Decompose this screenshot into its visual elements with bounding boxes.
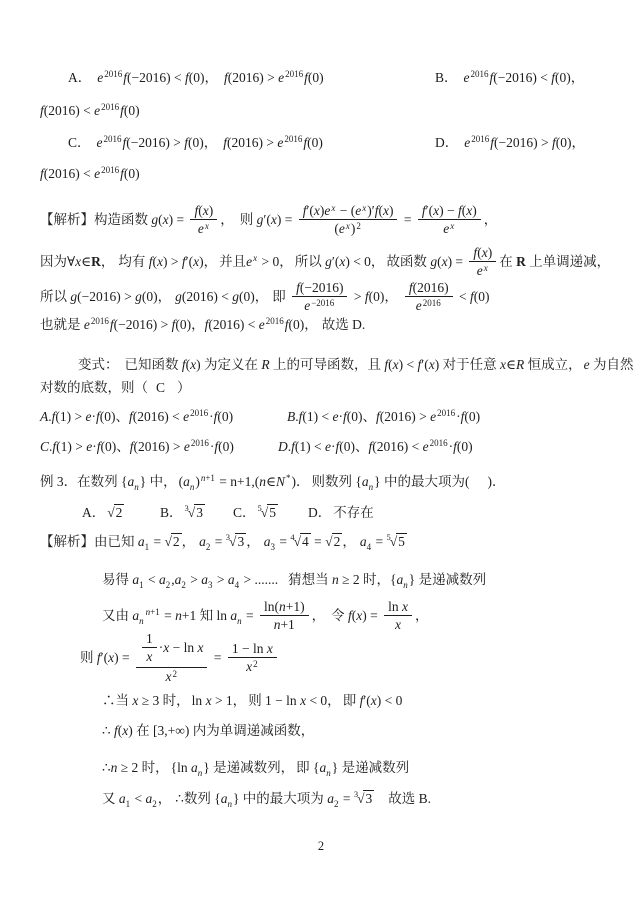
text-run: (1) > <box>55 409 85 424</box>
text-run: > ....... <box>240 572 278 587</box>
text-run: 则 <box>80 650 97 665</box>
text-run: (0) <box>464 409 480 424</box>
root-index: 3 <box>226 532 230 542</box>
text-run: ， <box>101 254 115 269</box>
text-run: } 是递减数列 <box>409 572 486 587</box>
math-variable: a <box>230 608 237 623</box>
math-variable: a <box>397 572 404 587</box>
radical: 3√3 <box>185 504 205 521</box>
text-run: } 中的最大项为( <box>374 474 469 489</box>
math-variable: e <box>184 439 190 454</box>
text-run: 即 <box>272 289 289 304</box>
text-run: +1 <box>280 617 294 632</box>
text-run: 在 <box>499 254 516 269</box>
text-run: ′( <box>263 212 270 227</box>
text-run: = <box>339 791 353 806</box>
document-line-3: C．e2016f(−2016) > f(0)，f(2016) > e2016f(… <box>68 131 323 155</box>
math-variable: g <box>135 289 142 304</box>
math-variable: e <box>278 70 284 85</box>
denominator: ex <box>439 220 459 238</box>
radical: 5√5 <box>258 504 278 521</box>
radicand: 2 <box>332 533 343 550</box>
text-run: < <box>131 791 145 806</box>
math-variable: e <box>259 317 265 332</box>
bold-text: R <box>516 254 526 269</box>
math-variable: e <box>324 203 330 218</box>
math-variable: a <box>201 572 208 587</box>
text-run: (−2016) > <box>126 135 184 150</box>
text-run: = <box>211 534 225 549</box>
document-line-14: C．5√5 <box>233 501 278 525</box>
math-variable: g <box>232 289 239 304</box>
math-variable: e <box>183 409 189 424</box>
text-run: )． <box>292 474 310 489</box>
text-run: (2016) < <box>44 166 94 181</box>
text-run: ) = <box>169 212 188 227</box>
text-run: ) 对于任意 <box>435 357 500 372</box>
text-run: 上单调递减， <box>526 254 610 269</box>
numerator: f(x) <box>469 244 496 263</box>
text-run: = <box>372 534 386 549</box>
text-run: ) = <box>362 608 381 623</box>
text-run: A． <box>68 70 91 85</box>
text-run: 2 <box>334 534 341 549</box>
spacer <box>374 802 388 803</box>
superscript: 2016 <box>191 438 209 448</box>
math-variable: x <box>197 640 203 655</box>
superscript: 2016 <box>285 69 303 79</box>
text-run: (0)， <box>175 317 204 332</box>
radicand: 5 <box>267 504 278 521</box>
math-variable: A <box>40 409 48 424</box>
math-variable: C <box>40 439 49 454</box>
text-run: ) < <box>399 357 418 372</box>
text-run: 即 { <box>296 760 319 775</box>
text-run: = <box>276 534 290 549</box>
text-run: (0)、 <box>347 409 376 424</box>
text-run: ， <box>484 212 498 227</box>
text-run: +1 <box>205 473 215 483</box>
text-run: 则数列 { <box>312 474 362 489</box>
bold-text: R <box>91 254 101 269</box>
root-index: 3 <box>185 503 189 513</box>
subscript: 4 <box>367 542 372 552</box>
math-variable: e <box>97 70 103 85</box>
math-variable: n <box>403 580 408 590</box>
document-page: A．e2016f(−2016) < f(0)，f(2016) > e2016f(… <box>0 0 642 907</box>
text-run: A． <box>82 505 105 520</box>
text-run: ′( <box>306 203 313 218</box>
math-variable: a <box>319 760 326 775</box>
denominator: e2016 <box>412 297 446 315</box>
numerator: f′(x)ex − (ex)′f(x) <box>299 202 398 221</box>
text-run: = <box>243 608 257 623</box>
math-variable: e <box>277 135 283 150</box>
numerator: f(2016) <box>405 279 453 298</box>
text-run: 例 3．在数列 { <box>40 474 127 489</box>
document-line-14: A．√2 <box>82 501 124 525</box>
math-variable: a <box>138 534 145 549</box>
text-run: ) < 0， <box>345 254 384 269</box>
subscript: 3 <box>208 580 213 590</box>
text-run: − ln <box>169 640 197 655</box>
text-run: (2016) > <box>227 135 277 150</box>
text-run: ， <box>246 534 260 549</box>
math-variable: x <box>346 221 350 231</box>
denominator: (ex)2 <box>330 220 366 238</box>
superscript: 2016 <box>284 134 302 144</box>
text-run: ′( <box>186 254 193 269</box>
superscript: x <box>450 221 454 231</box>
text-run: ) <box>195 474 200 489</box>
text-run: 所以 <box>295 254 325 269</box>
text-run: ) <box>488 245 493 260</box>
text-run: )， <box>199 254 217 269</box>
math-variable: e <box>416 298 422 313</box>
radical: 4√4 <box>290 533 310 550</box>
fraction: 1 − ln xx2 <box>228 640 277 676</box>
text-run: (−2016) > <box>114 317 172 332</box>
document-line-19: ∴当 x ≥ 3 时，ln x > 1，则 1 − ln x < 0，即 f′(… <box>102 689 402 713</box>
text-run: ln <box>388 599 402 614</box>
text-run: 3 <box>196 505 203 520</box>
math-variable: a <box>127 474 134 489</box>
math-variable: n <box>326 768 331 778</box>
text-run: 故函数 <box>386 254 430 269</box>
math-variable: e <box>97 135 103 150</box>
superscript: x <box>346 221 350 231</box>
radical: √2 <box>325 533 342 550</box>
math-variable: x <box>331 203 335 213</box>
text-run: ， <box>415 608 429 623</box>
math-variable: n <box>369 482 374 492</box>
superscript: 2 <box>356 221 361 231</box>
subscript: n <box>326 768 331 778</box>
document-line-10: 对数的底数，则（C） <box>40 376 191 400</box>
text-run: ) − <box>439 203 458 218</box>
subscript: n <box>134 482 139 492</box>
subscript: 2 <box>334 799 339 809</box>
text-run: ln( <box>264 599 279 614</box>
text-run: (0)， <box>555 70 584 85</box>
text-run: ′( <box>363 693 370 708</box>
text-run: 2 <box>116 505 123 520</box>
text-run: 4 <box>302 534 309 549</box>
spacer <box>165 391 177 392</box>
text-run: )． <box>488 474 506 489</box>
fraction: f(2016)e2016 <box>405 279 453 315</box>
numerator: f(−2016) <box>292 279 347 298</box>
superscript: * <box>286 473 291 483</box>
math-variable: B <box>287 409 295 424</box>
text-run: (−2016) > <box>77 289 135 304</box>
math-variable: N <box>276 474 285 489</box>
text-run: (2016) > <box>134 439 184 454</box>
math-variable: a <box>159 572 166 587</box>
document-line-22: 又 a1 < a2，∴数列 {an} 中的最大项为 a2 = 3√3故选 B. <box>102 787 431 811</box>
superscript: 2016 <box>471 69 489 79</box>
superscript: x <box>205 221 209 231</box>
text-run: ≥ 3 时， <box>138 693 189 708</box>
text-run: ) <box>209 203 214 218</box>
math-variable: a <box>191 760 198 775</box>
text-run: 恒成立， <box>524 357 581 372</box>
radical: 3√3 <box>354 790 374 807</box>
text-run: ) <box>351 221 356 236</box>
text-run: {ln <box>171 760 191 775</box>
text-run: (1) < <box>302 409 332 424</box>
numerator: f′(x) − f(x) <box>418 202 481 221</box>
numerator: 1 − ln x <box>228 640 277 659</box>
text-run: )′ <box>367 203 374 218</box>
fraction: ln xx <box>384 598 412 634</box>
document-line-16: 易得 a1 < a2,a2 > a3 > a4 > .......猜想当 n ≥… <box>102 568 486 592</box>
text-run: ) 为定义在 <box>196 357 261 372</box>
math-variable: a <box>228 572 235 587</box>
text-run: ， <box>182 534 196 549</box>
text-run: 又由 <box>102 608 132 623</box>
text-run: +1) <box>286 599 305 614</box>
text-run: (0)， <box>188 135 217 150</box>
superscript: n+1 <box>146 607 160 617</box>
page-number: 2 <box>0 839 642 853</box>
text-run: ， <box>312 608 326 623</box>
math-variable: e <box>84 317 90 332</box>
math-variable: a <box>132 608 139 623</box>
text-run: ′( <box>426 203 433 218</box>
text-run: B． <box>160 505 183 520</box>
math-variable: n <box>198 768 203 778</box>
superscript: 2016 <box>101 165 119 175</box>
text-run: 1 <box>146 631 153 646</box>
radicand: 2 <box>171 533 182 550</box>
radical: 3√3 <box>226 533 246 550</box>
subscript: n <box>198 768 203 778</box>
spacer <box>148 391 156 392</box>
superscript: 2 <box>253 659 258 669</box>
text-run: (−2016) > <box>494 135 552 150</box>
text-run: ≥ 2 时，{ <box>339 572 397 587</box>
text-run: ) > <box>163 254 182 269</box>
math-variable: e <box>339 221 345 236</box>
text-run: 猜想当 <box>288 572 332 587</box>
math-variable: a <box>264 534 271 549</box>
document-line-4: f(2016) < e2016f(0) <box>40 162 140 186</box>
document-line-12: C.f(1) > e·f(0)、f(2016) > e2016·f(0) <box>40 435 234 459</box>
text-run: = <box>400 212 414 227</box>
text-run: (0) <box>124 166 140 181</box>
numerator: 1x·x − ln x <box>136 631 208 668</box>
text-run: (0) <box>307 135 323 150</box>
root-index: 3 <box>354 789 358 799</box>
text-run: (2016) < <box>208 317 258 332</box>
math-variable: e <box>246 254 252 269</box>
superscript: 2 <box>172 669 177 679</box>
document-line-5: 【解析】构造函数 g(x) = f(x)ex，则 g′(x) = f′(x)ex… <box>40 198 497 242</box>
superscript: 2016 <box>91 316 109 326</box>
subscript: n <box>403 580 408 590</box>
text-run: ) = <box>114 650 133 665</box>
denominator: x2 <box>161 668 182 686</box>
text-run: (0) <box>474 289 490 304</box>
math-variable: e <box>464 135 470 150</box>
text-run: 3 <box>237 534 244 549</box>
text-run: D． <box>435 135 458 150</box>
math-variable: e <box>464 70 470 85</box>
math-variable: a <box>132 572 139 587</box>
text-run: ， <box>342 534 356 549</box>
text-run: (0) <box>457 439 473 454</box>
superscript: x <box>484 263 488 273</box>
text-run: 5 <box>398 534 405 549</box>
math-variable: a <box>221 791 228 806</box>
radicand: 3 <box>363 790 374 807</box>
text-run: = <box>150 534 164 549</box>
superscript: 2016 <box>437 408 455 418</box>
document-line-21: ∴n ≥ 2 时，{ln an} 是递减数列，即 {an} 是递减数列 <box>102 756 409 780</box>
math-variable: x <box>362 203 366 213</box>
text-run: (0)， <box>369 289 398 304</box>
fraction: f(−2016)e−2016 <box>292 279 347 315</box>
text-run: (2016) <box>413 280 449 295</box>
math-variable: a <box>146 791 153 806</box>
math-variable: e <box>304 298 310 313</box>
text-run: ∈ <box>266 474 276 489</box>
math-variable: a <box>183 474 190 489</box>
text-run: 则 1 − ln <box>248 693 300 708</box>
text-run: > 0， <box>258 254 293 269</box>
text-run: C． <box>68 135 91 150</box>
text-run: } 是递减数列， <box>203 760 294 775</box>
text-run: ， <box>158 791 172 806</box>
subscript: n <box>369 482 374 492</box>
radical: √2 <box>165 533 182 550</box>
text-run: (−2016) < <box>127 70 185 85</box>
text-run: (0)， <box>142 289 171 304</box>
root-index: 4 <box>290 532 294 542</box>
math-variable: n <box>175 608 182 623</box>
text-run: (0) <box>217 409 233 424</box>
math-variable: x <box>484 263 488 273</box>
document-line-8: 也就是 e2016f(−2016) > f(0)，f(2016) < e2016… <box>40 313 365 337</box>
superscript: 2016 <box>471 134 489 144</box>
radical: 5√5 <box>386 533 406 550</box>
fraction: f′(x)ex − (ex)′f(x)(ex)2 <box>299 202 398 238</box>
math-variable: x <box>395 617 401 632</box>
math-variable: x <box>205 221 209 231</box>
subscript: 3 <box>270 542 275 552</box>
spacer <box>398 300 402 301</box>
math-variable: x <box>246 659 252 674</box>
numerator: f(x) <box>190 202 217 221</box>
document-line-1: A．e2016f(−2016) < f(0)，f(2016) > e2016f(… <box>68 66 324 90</box>
superscript: x <box>362 203 366 213</box>
math-variable: a <box>119 791 126 806</box>
denominator: x <box>142 648 156 666</box>
root-index: 5 <box>386 532 390 542</box>
superscript: x <box>253 253 257 263</box>
text-run: B． <box>435 70 458 85</box>
math-variable: x <box>165 669 171 684</box>
text-run: (2016) < <box>182 289 232 304</box>
text-run: 易得 <box>102 572 132 587</box>
text-run: (0) <box>218 439 234 454</box>
text-run: < <box>456 289 470 304</box>
text-run: } 中， <box>140 474 177 489</box>
subscript: 2 <box>206 542 211 552</box>
radicand: 4 <box>300 533 311 550</box>
text-run: 2 <box>173 534 180 549</box>
fraction: f′(x) − f(x)ex <box>418 202 481 238</box>
subscript: n <box>237 616 242 626</box>
text-run: (1) > <box>56 439 86 454</box>
text-run: = <box>311 534 325 549</box>
math-variable: a <box>327 791 334 806</box>
math-variable: x <box>146 649 152 664</box>
text-run: ） <box>177 380 191 395</box>
radicand: 3 <box>194 504 205 521</box>
text-run: < 0， <box>306 693 341 708</box>
text-run: (0)、 <box>100 409 129 424</box>
superscript: 2016 <box>430 438 448 448</box>
denominator: x <box>391 616 405 634</box>
text-run: ∈ <box>81 254 91 269</box>
text-run: (−2016) < <box>493 70 551 85</box>
radicand: 3 <box>235 533 246 550</box>
text-run: ) <box>472 203 477 218</box>
math-variable: e <box>94 103 100 118</box>
text-run: } 是递减数列 <box>332 760 409 775</box>
math-variable: e <box>443 221 449 236</box>
text-run: > <box>214 572 228 587</box>
fraction: 1x <box>142 630 157 666</box>
math-variable: e <box>430 409 436 424</box>
text-run: > <box>350 289 364 304</box>
text-run: 也就是 <box>40 317 84 332</box>
text-run: = <box>210 650 224 665</box>
subscript: 1 <box>145 542 150 552</box>
subscript: n <box>139 616 144 626</box>
text-run: (2016) > <box>380 409 430 424</box>
text-run: ∴当 <box>102 693 132 708</box>
text-run: C <box>156 380 165 395</box>
document-line-15: 【解析】由已知 a1 = √2，a2 = 3√3，a3 = 4√4 = √2，a… <box>40 530 407 554</box>
text-run: ) = <box>448 254 467 269</box>
subscript: 1 <box>139 580 144 590</box>
superscript: n+1 <box>201 473 215 483</box>
document-line-20: ∴ f(x) 在 [3,+∞) 内为单调递减函数， <box>102 719 314 743</box>
text-run: > <box>187 572 201 587</box>
root-index: 5 <box>258 503 262 513</box>
math-variable: a <box>175 572 182 587</box>
math-variable: g <box>325 254 332 269</box>
superscript: 2016 <box>266 316 284 326</box>
radicand: 2 <box>114 504 125 521</box>
text-run: (0)， <box>239 289 268 304</box>
text-run: > 1， <box>212 693 247 708</box>
text-run: (0)， <box>556 135 585 150</box>
text-run: (0)、 <box>339 439 368 454</box>
text-run: ) <box>389 203 394 218</box>
math-variable: a <box>199 534 206 549</box>
text-run: 【解析】由已知 <box>40 534 138 549</box>
math-variable: n <box>139 616 144 626</box>
text-run: 均有 <box>118 254 148 269</box>
document-line-12: D.f(1) < e·f(0)、f(2016) < e2016·f(0) <box>278 435 473 459</box>
subscript: 2 <box>166 580 171 590</box>
text-run: 对数的底数，则（ <box>40 380 148 395</box>
subscript: 2 <box>152 799 157 809</box>
